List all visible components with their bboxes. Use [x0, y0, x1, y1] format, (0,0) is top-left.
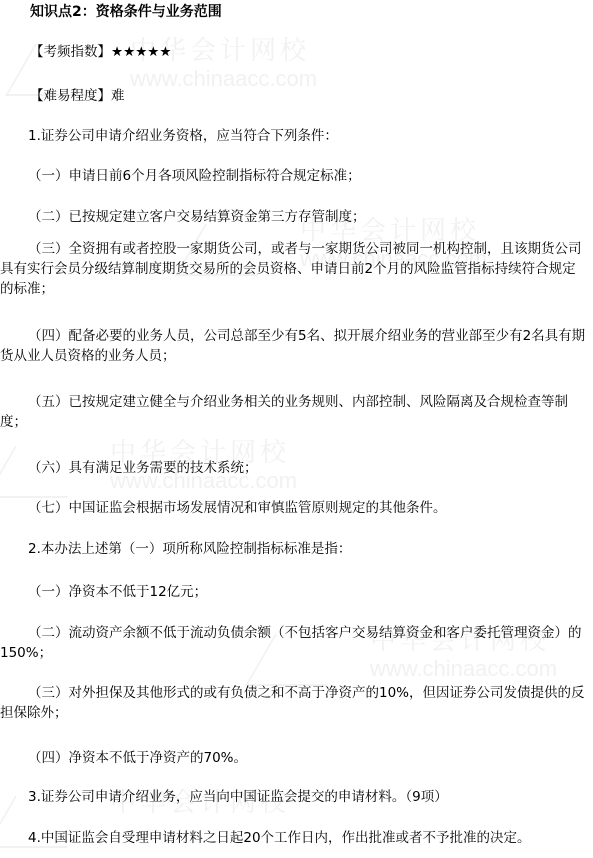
- frequency-index: 【考频指数】★★★★★: [30, 42, 593, 62]
- condition-3: （三）全资拥有或者控股一家期货公司，或者与一家期货公司被同一机构控制，且该期货公…: [0, 239, 588, 299]
- condition-2: （二）已按规定建立客户交易结算资金第三方存管制度；: [28, 207, 593, 227]
- star-rating-icon: ★★★★★: [111, 44, 172, 60]
- condition-5: （五）已按规定建立健全与介绍业务相关的业务规则、内部控制、风险隔离及合规检查等制…: [0, 392, 588, 432]
- risk-standard-1: （一）净资本不低于12亿元；: [28, 582, 593, 602]
- frequency-label: 【考频指数】: [30, 44, 111, 60]
- section-2-heading: 2.本办法上述第（一）项所称风险控制指标标准是指：: [28, 539, 593, 559]
- section-3-heading: 3.证券公司申请介绍业务，应当向中国证监会提交的申请材料。（9项）: [28, 787, 593, 807]
- risk-standard-4: （四）净资本不低于净资产的70%。: [28, 748, 593, 768]
- condition-7: （七）中国证监会根据市场发展情况和审慎监管原则规定的其他条件。: [28, 498, 593, 518]
- section-4-heading: 4.中国证监会自受理申请材料之日起20个工作日内，作出批准或者不予批准的决定。: [28, 828, 593, 848]
- difficulty-level: 【难易程度】难: [30, 86, 593, 106]
- condition-6: （六）具有满足业务需要的技术系统；: [28, 458, 593, 478]
- section-1-heading: 1.证券公司申请介绍业务资格，应当符合下列条件：: [28, 126, 593, 146]
- difficulty-value: 难: [111, 88, 125, 104]
- difficulty-label: 【难易程度】: [30, 88, 111, 104]
- risk-standard-3: （三）对外担保及其他形式的或有负债之和不高于净资产的10%，但因证券公司发债提供…: [0, 683, 588, 723]
- condition-1: （一）申请日前6个月各项风险控制指标符合规定标准；: [28, 166, 593, 186]
- risk-standard-2: （二）流动资产余额不低于流动负债余额（不包括客户交易结算资金和客户委托管理资金）…: [0, 623, 588, 663]
- condition-4: （四）配备必要的业务人员，公司总部至少有5名、拟开展介绍业务的营业部至少有2名具…: [0, 326, 588, 366]
- page-title: 知识点2：资格条件与业务范围: [30, 2, 593, 22]
